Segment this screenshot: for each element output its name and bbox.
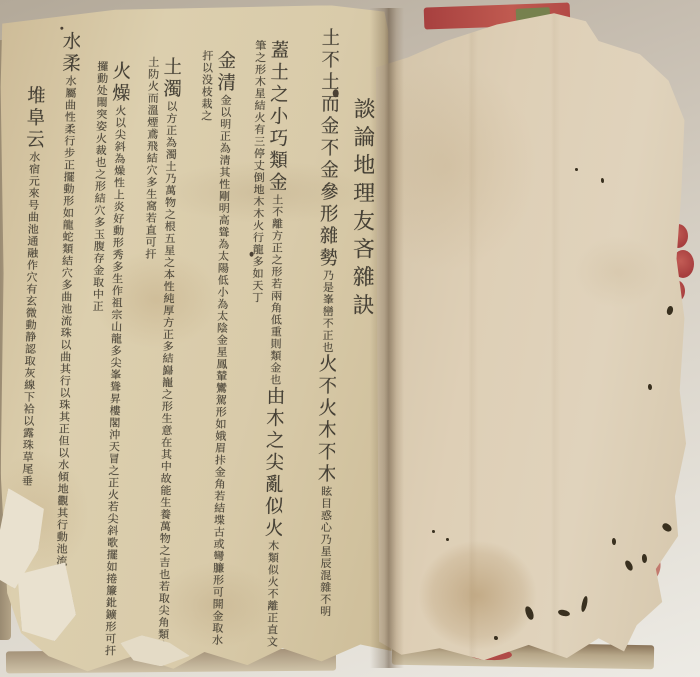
photo-background: 談論地理友吝雜訣 土不土而金不金參形雜勢乃是峯巒不正也火不火木不木眩目惑心乃星辰… bbox=[0, 0, 700, 677]
column-text: 火燥 bbox=[109, 61, 130, 105]
text-column-4: 土濁以方正為濁土乃萬物之根五星之本性純厚方正多結巋巃之形生意在其中故能生養萬物之… bbox=[121, 56, 180, 657]
ink-speck bbox=[333, 89, 339, 97]
column-text: 金清 bbox=[214, 50, 235, 94]
worm-hole bbox=[648, 384, 652, 390]
worm-hole bbox=[558, 609, 571, 617]
ink-speck bbox=[60, 27, 63, 30]
worm-hole bbox=[642, 554, 647, 563]
worm-hole bbox=[524, 605, 535, 620]
column-annotation: 金以明正為清其性剛明高聳為太陽低小為太陰金星鳳輦鸞駕形如娥眉拤金角若結堞古或彎臁… bbox=[200, 50, 232, 646]
column-text: 蓋土之小巧類金 bbox=[266, 40, 288, 194]
worm-hole bbox=[612, 538, 616, 545]
column-annotation: 乃是峯巒不正也 bbox=[321, 269, 335, 353]
title-column: 談論地理友吝雜訣 bbox=[339, 97, 375, 397]
column-annotation: 土不離方正之形若兩角低重則類金也 bbox=[269, 194, 284, 386]
column-annotation: 火以尖斜為燥性上炎好動形秀多生作祖宗山龍多尖峯聳昇樓閣沖天冒之正火若尖斜歌擺如捲… bbox=[91, 60, 127, 657]
worm-hole bbox=[668, 573, 678, 584]
text-column-1: 土不土而金不金參形雜勢乃是峯巒不正也火不火木不木眩目惑心乃星辰混雜不明 bbox=[289, 27, 338, 651]
text-column-5: 火燥火以尖斜為燥性上炎好動形秀多生作祖宗山龍多尖峯聳昇樓閣沖天冒之正火若尖斜歌擺… bbox=[70, 60, 129, 657]
worm-hole bbox=[446, 538, 449, 541]
manuscript-title: 談論地理友吝雜訣 bbox=[349, 97, 374, 321]
column-text: 火不火木不木 bbox=[315, 353, 338, 485]
worm-hole bbox=[575, 168, 578, 171]
worm-hole bbox=[601, 178, 604, 183]
worm-hole bbox=[666, 305, 675, 316]
column-text: 水柔 bbox=[59, 31, 80, 75]
column-text: 堆阜云 bbox=[23, 85, 44, 151]
worm-hole bbox=[661, 522, 673, 533]
worm-hole bbox=[580, 596, 589, 613]
column-text: 土不土而金不金參形雜勢 bbox=[317, 27, 339, 269]
worm-hole bbox=[494, 636, 498, 640]
column-annotation: 以方正為濁土乃萬物之根五星之本性純厚方正多結巋巃之形生意在其中故能生養萬物之吉也… bbox=[144, 56, 178, 652]
ink-speck bbox=[250, 252, 254, 257]
column-annotation: 眩目惑心乃星辰混雜不明 bbox=[319, 485, 333, 617]
right-page bbox=[376, 8, 694, 668]
column-text: 土濁 bbox=[160, 56, 181, 100]
text-column-2: 蓋土之小巧類金土不離方正之形若兩角低重則類金也由木之尖亂似火木類似火不離正直文筆… bbox=[230, 39, 288, 656]
column-text: 由木之尖亂似火 bbox=[262, 386, 286, 540]
worm-hole bbox=[432, 530, 435, 533]
worm-hole bbox=[624, 559, 634, 572]
text-column-3: 金清金以明正為清其性剛明高聳為太陽低小為太陰金星鳳輦鸞駕形如娥眉拤金角若結堞古或… bbox=[175, 50, 235, 657]
